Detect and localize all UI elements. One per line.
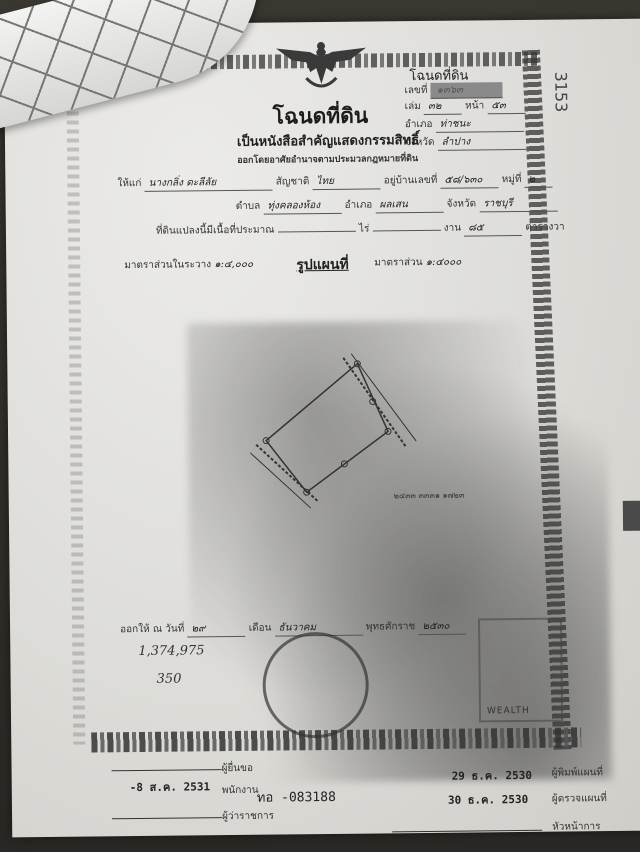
watermark-text: WEALTH [487, 706, 530, 716]
stamp-date-print: 29 ธ.ค. 2530 [452, 766, 532, 785]
deed-issuing-authority: ออกโดยอาศัยอำนาจตามประมวลกฎหมายที่ดิน [237, 151, 418, 167]
header-province-field: จังหวัด ลำปาง [405, 134, 526, 151]
original-scale-field: มาตราส่วนในระวาง ๑:๔,๐๐๐ [124, 257, 253, 273]
dark-patch [623, 501, 640, 531]
district-value: ผลเสน [375, 197, 443, 214]
serial-number: ทอ -083188 [257, 786, 336, 808]
owner-nationality: ไทย [312, 173, 380, 190]
location-line: ตำบล ทุ่งคลองห้อง อำเภอ ผลเสน จังหวัด รา… [236, 196, 558, 215]
deed-subtitle: เป็นหนังสือสำคัญแสดงกรรมสิทธิ์ [237, 129, 419, 152]
margin-handwritten-number: 3153 [551, 71, 570, 112]
signature-line-2 [112, 817, 222, 819]
deed-title: โฉนดที่ดิน [273, 100, 369, 134]
map-annotation: ๒๔๓๓ ๓๓๓๑ ๑๗๒๓ [394, 489, 465, 503]
volume-page-field: เล่ม ๓๒ หน้า ๕๓ [405, 98, 526, 115]
role-chief: หัวหน้าการ [552, 819, 600, 835]
owner-line: ให้แก่ นางกลิ่ง ตะลีลัย สัญชาติ ไทย อยู่… [117, 172, 552, 193]
owner-name: นางกลิ่ง ตะลีลัย [145, 175, 273, 192]
role-officer: พนักงาน [222, 783, 259, 798]
province-value: ราชบุรี [479, 196, 557, 213]
deed-border-left [66, 85, 85, 745]
issued-day: ๒๙ [187, 621, 245, 638]
subdistrict-value: ทุ่งคลองห้อง [263, 198, 341, 215]
volume-value: ๓๒ [424, 99, 462, 115]
deed-number-value: ๑๓๖๓ [431, 82, 503, 99]
role-applicant: ผู้ยื่นขอ [221, 761, 253, 776]
signature-line-3 [392, 830, 542, 833]
land-title-deed: โฉนดที่ดิน เลขที่ ๑๓๖๓ เล่ม ๓๒ หน้า ๕๓ อ… [4, 19, 640, 838]
map-section-title: รูปแผนที่ [296, 254, 349, 277]
stamp-date-left: -8 ส.ค. 2531 [130, 777, 210, 796]
issued-year: ๒๕๓๐ [418, 619, 466, 636]
role-map-checker: ผู้ตรวจแผนที่ [552, 791, 607, 807]
owner-address: ๕๘/๖๓๐ [440, 172, 498, 189]
owner-moo: ๒ [525, 172, 553, 188]
handwritten-amount: 1,374,975 [138, 643, 204, 659]
handwritten-number: 350 [157, 672, 182, 687]
map-scale-value: ๑:๔๐๐๐ [426, 257, 462, 268]
area-line: ที่ดินแปลงนี้มีเนื้อที่ประมาณ ไร่ งาน ๘๕… [156, 220, 565, 240]
header-district-field: อำเภอ ท่าชนะ [405, 116, 524, 133]
role-governor: ผู้ว่าราชการ [222, 809, 274, 825]
header-province-value: ลำปาง [438, 134, 526, 151]
garuda-emblem-icon [266, 37, 377, 94]
original-scale-value: ๑:๔,๐๐๐ [214, 259, 253, 270]
official-seal-icon [262, 632, 369, 739]
role-map-printer: ผู้พิมพ์แผนที่ [552, 765, 604, 781]
area-wa-value: ๘๕ [464, 220, 522, 237]
page-value: ๕๓ [487, 98, 525, 114]
header-district-value: ท่าชนะ [436, 116, 524, 133]
deed-number-field: เลขที่ ๑๓๖๓ [404, 82, 502, 99]
map-scale-field: มาตราส่วน ๑:๔๐๐๐ [374, 255, 461, 271]
stamp-date-check: 30 ธ.ค. 2530 [448, 790, 528, 809]
